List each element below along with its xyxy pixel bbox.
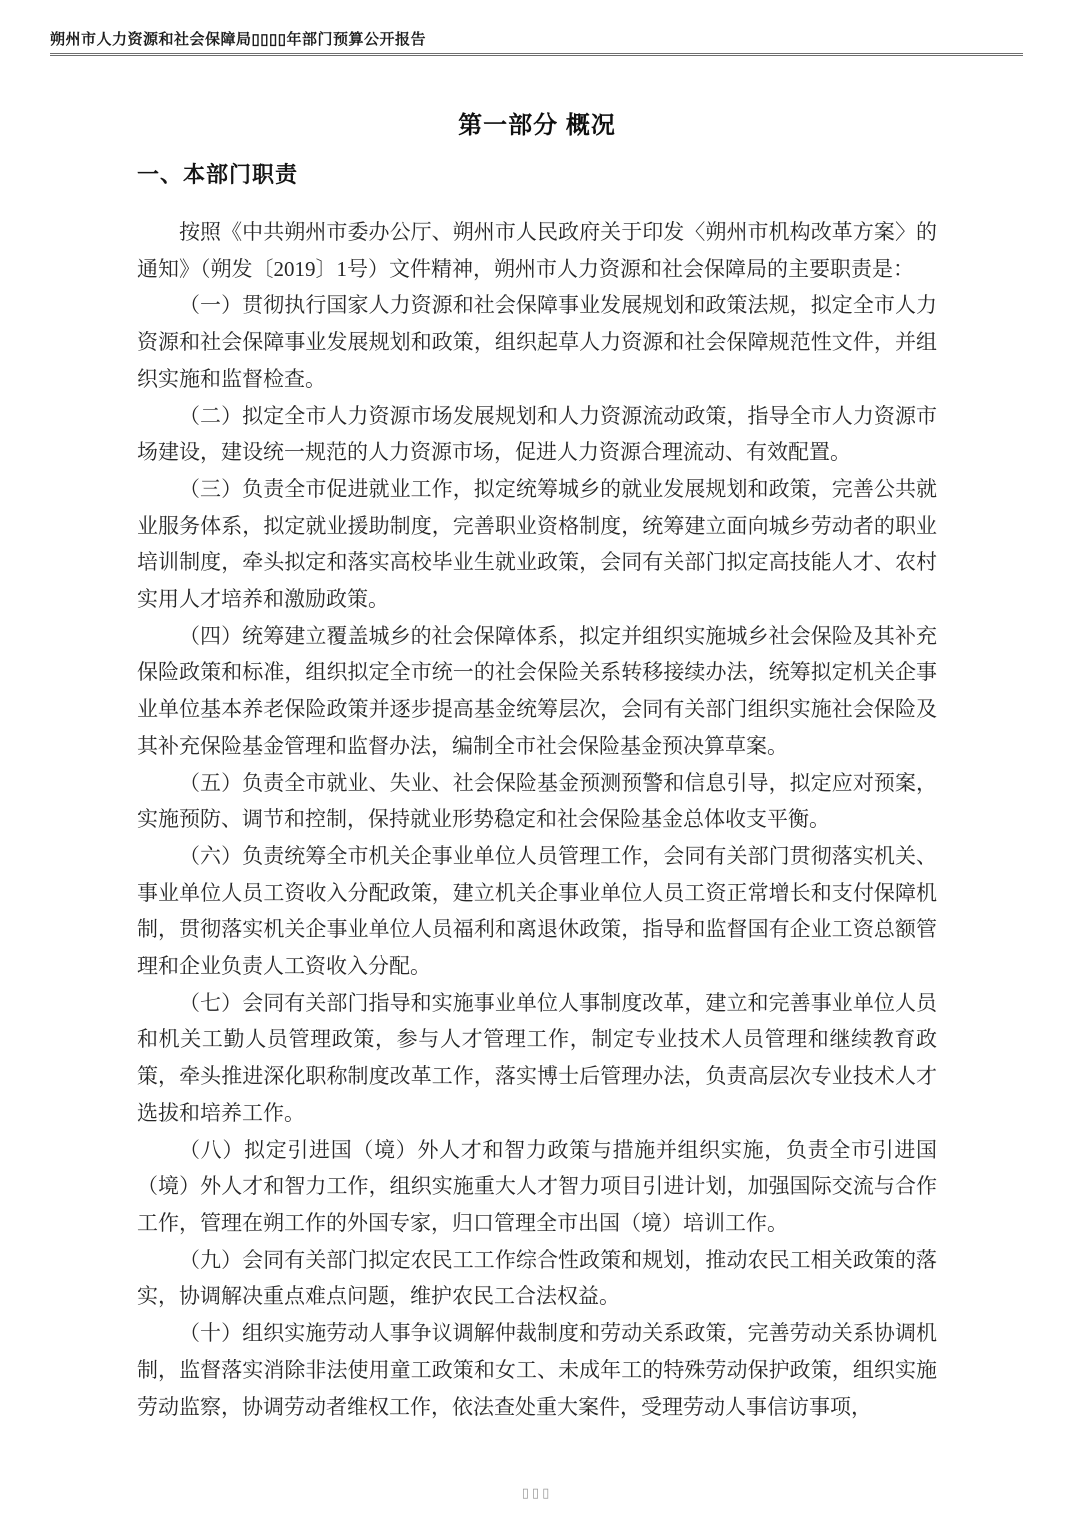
- document-footer: ▯▯▯: [0, 1484, 1074, 1502]
- duty-paragraph-10: （十）组织实施劳动人事争议调解仲裁制度和劳动关系政策，完善劳动关系协调机制，监督…: [137, 1315, 937, 1425]
- duty-paragraph-6: （六）负责统筹全市机关企事业单位人员管理工作，会同有关部门贯彻落实机关、事业单位…: [137, 838, 937, 985]
- document-body: 一、本部门职责 按照《中共朔州市委办公厅、朔州市人民政府关于印发〈朔州市机构改革…: [137, 160, 937, 1425]
- page-number-placeholder: ▯▯▯: [522, 1486, 552, 1501]
- document-header: 朔州市人力资源和社会保障局▯▯▯▯年部门预算公开报告: [50, 31, 1023, 56]
- duty-paragraph-1: （一）贯彻执行国家人力资源和社会保障事业发展规划和政策法规，拟定全市人力资源和社…: [137, 287, 937, 397]
- duty-paragraph-2: （二）拟定全市人力资源市场发展规划和人力资源流动政策，指导全市人力资源市场建设，…: [137, 398, 937, 471]
- duty-paragraph-3: （三）负责全市促进就业工作，拟定统筹城乡的就业发展规划和政策，完善公共就业服务体…: [137, 471, 937, 618]
- document-page: 朔州市人力资源和社会保障局▯▯▯▯年部门预算公开报告 第一部分 概况 一、本部门…: [0, 0, 1074, 1520]
- header-title: 朔州市人力资源和社会保障局▯▯▯▯年部门预算公开报告: [50, 31, 1023, 49]
- duty-paragraph-4: （四）统筹建立覆盖城乡的社会保障体系，拟定并组织实施城乡社会保险及其补充保险政策…: [137, 618, 937, 765]
- duty-paragraph-8: （八）拟定引进国（境）外人才和智力政策与措施并组织实施，负责全市引进国（境）外人…: [137, 1132, 937, 1242]
- duty-paragraph-5: （五）负责全市就业、失业、社会保险基金预测预警和信息引导，拟定应对预案，实施预防…: [137, 765, 937, 838]
- duty-paragraph-9: （九）会同有关部门拟定农民工工作综合性政策和规划，推动农民工相关政策的落实，协调…: [137, 1242, 937, 1315]
- page-title: 第一部分 概况: [0, 110, 1074, 142]
- intro-paragraph: 按照《中共朔州市委办公厅、朔州市人民政府关于印发〈朔州市机构改革方案〉的通知》（…: [137, 214, 937, 287]
- duty-paragraph-7: （七）会同有关部门指导和实施事业单位人事制度改革，建立和完善事业单位人员和机关工…: [137, 985, 937, 1132]
- section-heading: 一、本部门职责: [137, 160, 937, 190]
